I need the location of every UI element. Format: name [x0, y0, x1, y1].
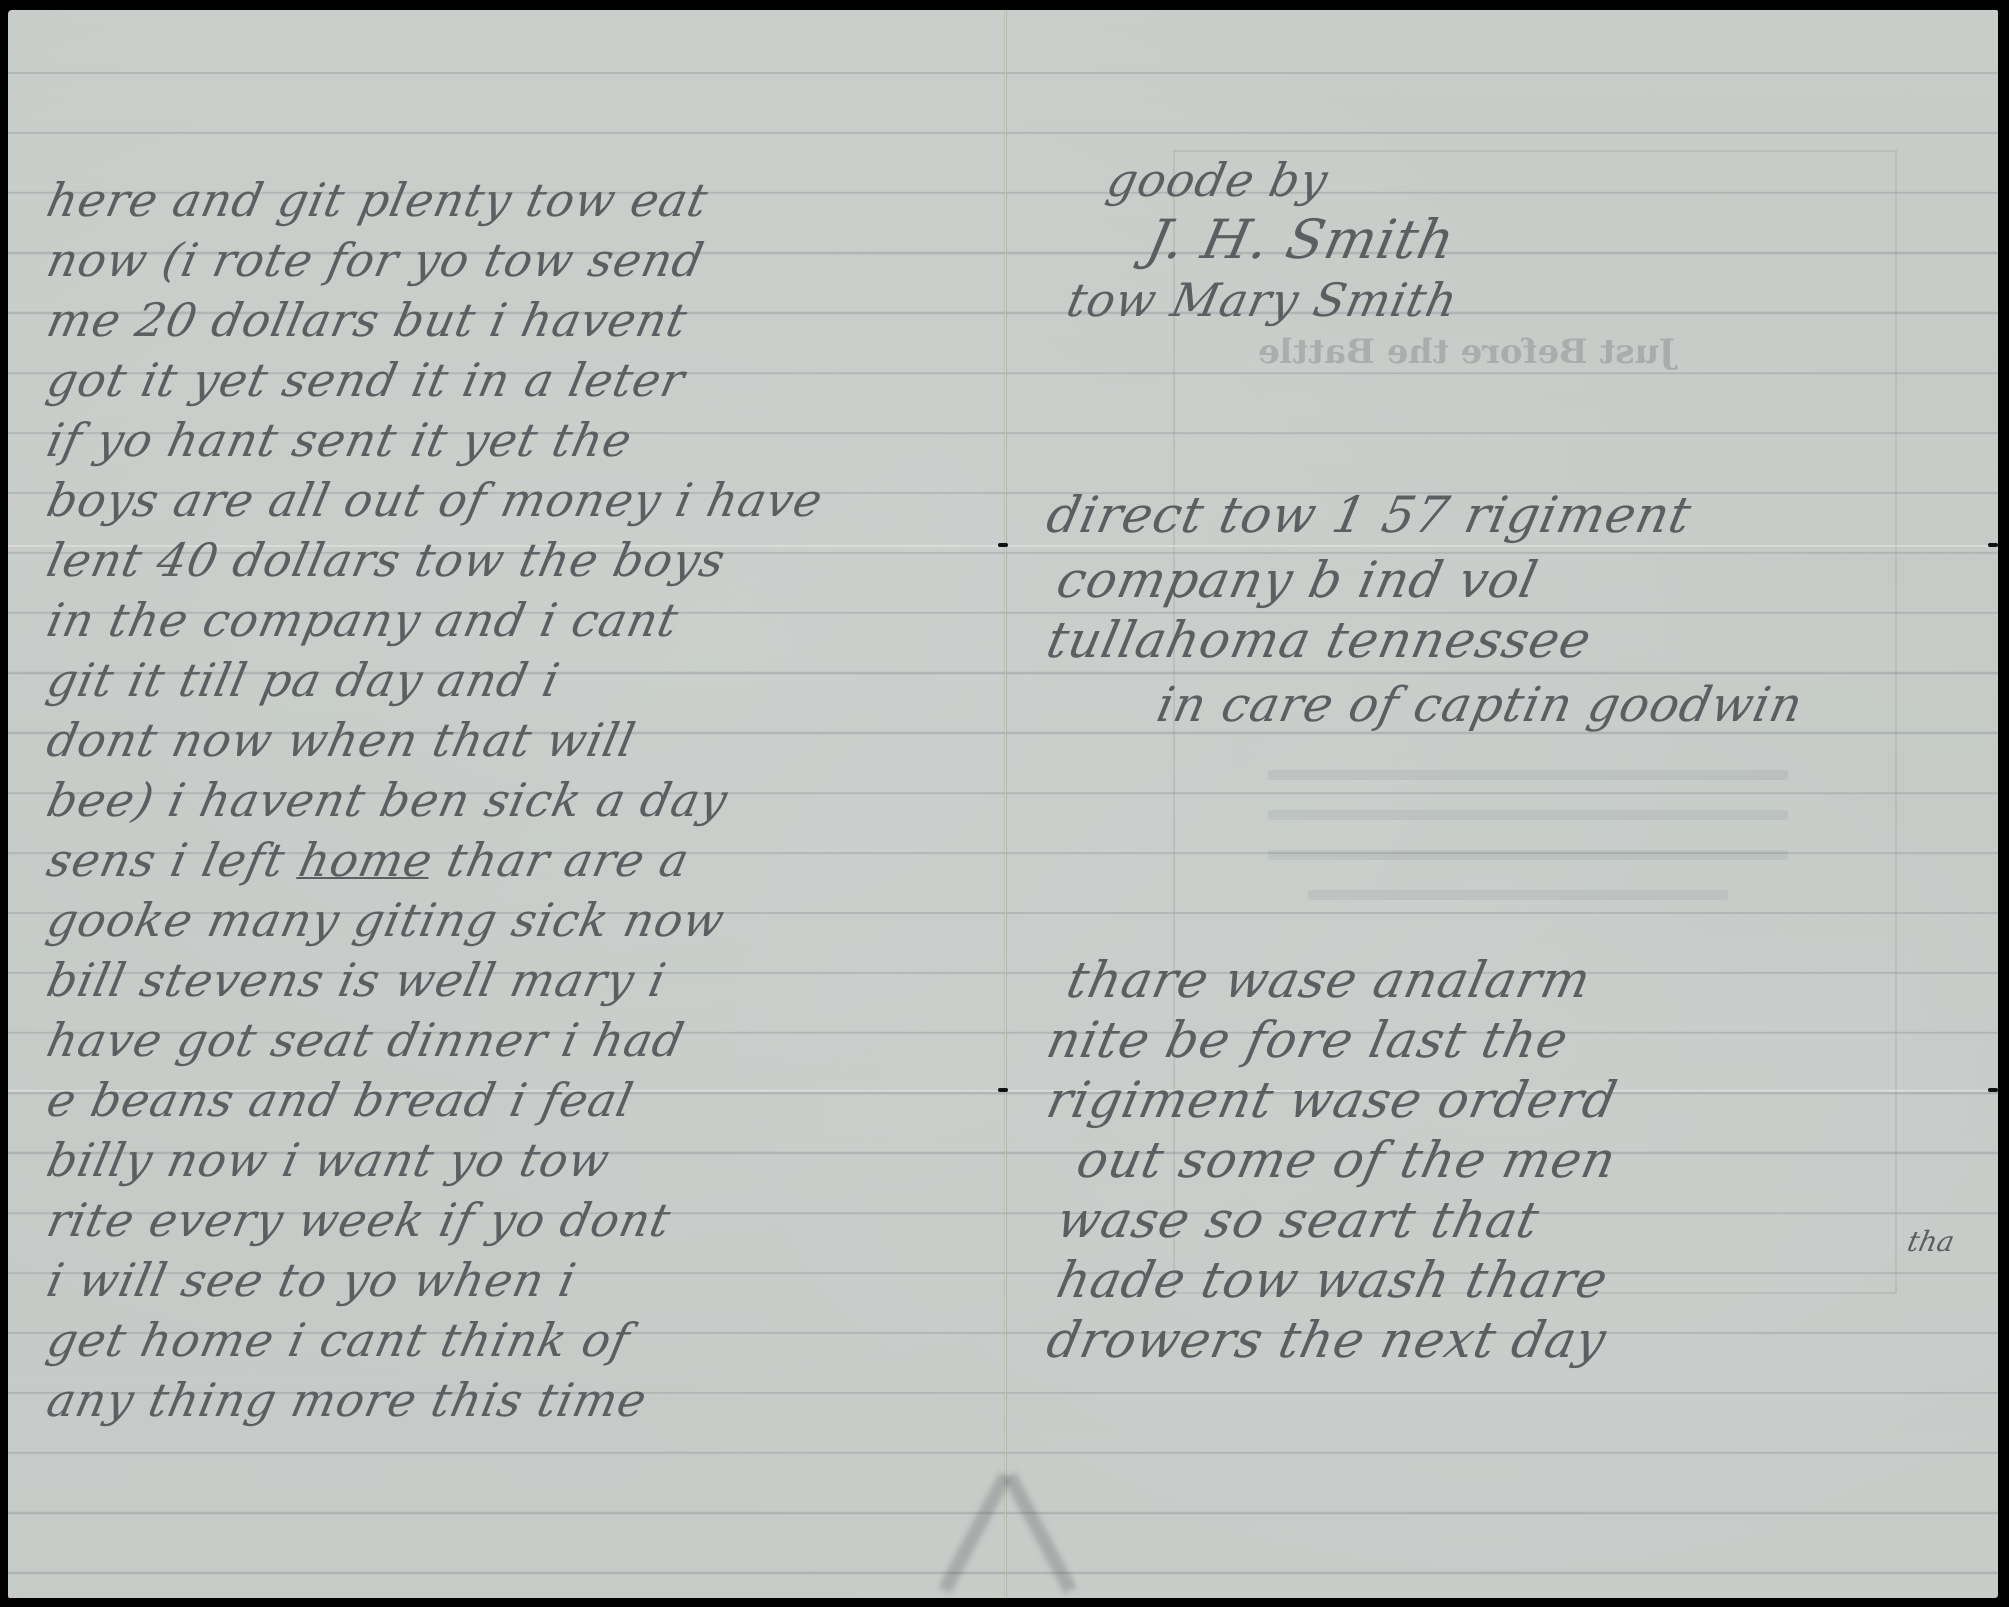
address-line: direct tow 1 57 rigiment [1042, 485, 1698, 545]
letter-line: git it till pa day and i [42, 650, 566, 710]
recipient-line: tow Mary Smith [1062, 270, 1464, 330]
letter-line: bill stevens is well mary i [42, 950, 672, 1010]
letter-line: now (i rote for yo tow send [42, 230, 710, 290]
letter-line: rite every week if yo dont [42, 1190, 677, 1250]
letter-line: bee) i havent ben sick a day [42, 770, 734, 830]
letter-line: any thing more this time [42, 1370, 653, 1430]
left-page: here and git plenty tow eat now (i rote … [48, 10, 988, 1598]
letter-line: dont now when that will [42, 710, 642, 770]
letter-line: me 20 dollars but i havent [42, 290, 693, 350]
postscript-line: wase so seart that [1052, 1190, 1545, 1250]
address-line: tullahoma tennessee [1042, 610, 1597, 670]
fold-hole [998, 543, 1008, 547]
postscript-line: drowers the next day [1042, 1310, 1612, 1370]
letter-sheet: Just Before the Battle here and git plen… [8, 10, 1998, 1598]
letter-line: lent 40 dollars tow the boys [42, 530, 732, 590]
letter-line: gooke many giting sick now [42, 890, 731, 950]
letter-line: e beans and bread i feal [42, 1070, 640, 1130]
postscript-line: thare wase analarm [1062, 950, 1597, 1010]
letter-line-with-underline: sens i left home thar are a [42, 830, 695, 890]
letter-line: boys are all out of money i have [42, 470, 829, 530]
postscript-line: out some of the men [1072, 1130, 1622, 1190]
postscript-line: rigiment wase orderd [1042, 1070, 1623, 1130]
letter-line: billy now i want yo tow [42, 1130, 616, 1190]
letter-line: if yo hant sent it yet the [42, 410, 638, 470]
address-line: company b ind vol [1052, 550, 1544, 610]
letter-line: in the company and i cant [42, 590, 685, 650]
fold-hole [998, 1088, 1008, 1092]
right-page: goode by J. H. Smith tow Mary Smith dire… [1048, 10, 1998, 1598]
marginal-note: tha [1904, 1225, 1957, 1258]
postscript-line: hade tow wash thare [1052, 1250, 1614, 1310]
letter-line: got it yet send it in a leter [42, 350, 691, 410]
address-line: in care of captin goodwin [1152, 675, 1809, 735]
letter-line: here and git plenty tow eat [42, 170, 714, 230]
underlined-word: home [294, 833, 438, 887]
vertical-fold [1004, 10, 1007, 1598]
postscript-line: nite be fore last the [1042, 1010, 1574, 1070]
closing-line: goode by [1102, 150, 1334, 210]
letter-line: have got seat dinner i had [42, 1010, 690, 1070]
letter-line: get home i cant think of [42, 1310, 636, 1370]
signature: J. H. Smith [1142, 210, 1461, 270]
letter-line: i will see to yo when i [42, 1250, 582, 1310]
